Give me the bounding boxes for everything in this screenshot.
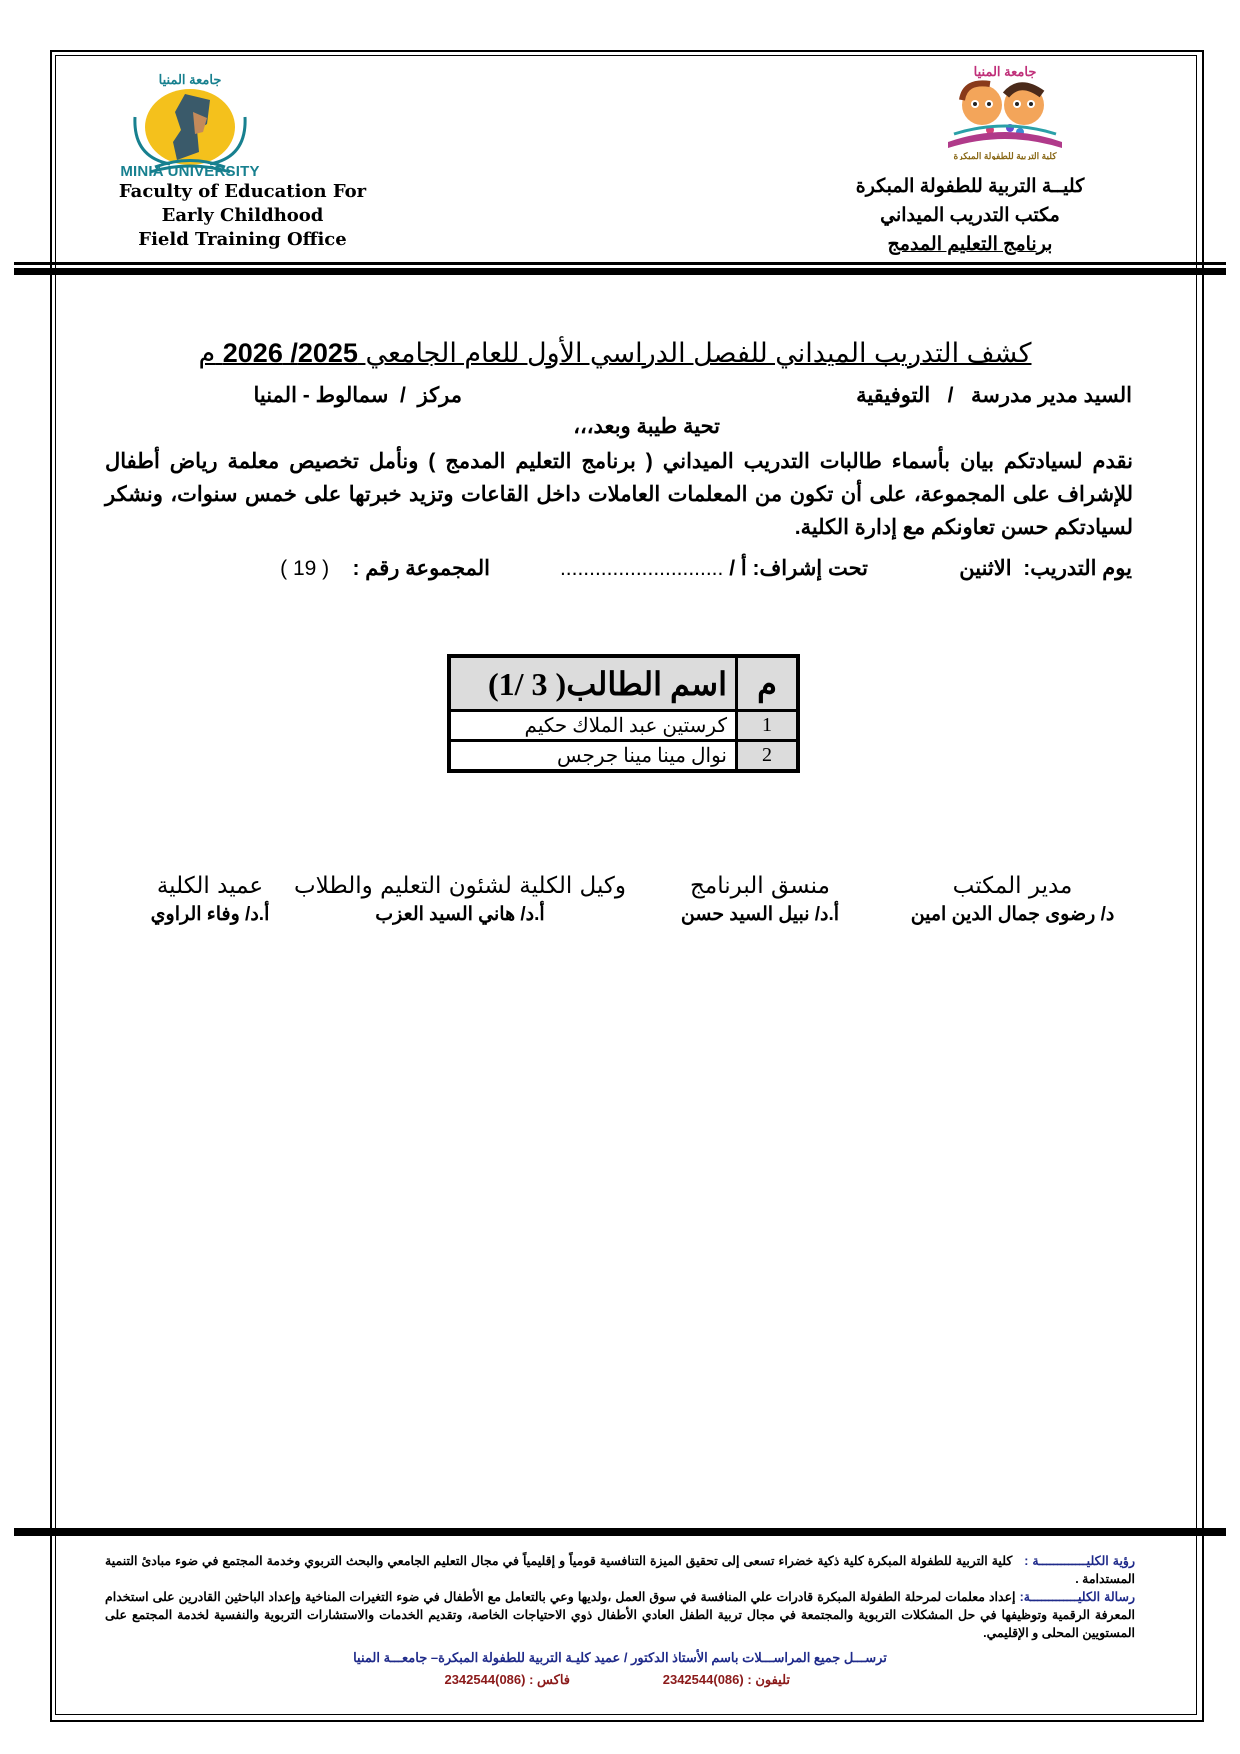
body-paragraph: نقدم لسيادتكم بيان بأسماء طالبات التدريب… (105, 445, 1133, 544)
signature-person: أ.د/ هاني السيد العزب (270, 903, 650, 926)
school-line: السيد مدير مدرسة / التوفيقية (856, 383, 1132, 408)
english-header-line: Early Childhood (100, 204, 385, 228)
fax-line: فاكس : (086)2342544 (444, 1672, 570, 1688)
vision-label: رؤية الكليـــــــــــــة : (1024, 1554, 1135, 1568)
table-row: 2 نوال مينا مينا جرجس (449, 741, 798, 772)
signature-person: أ.د/ وفاء الراوي (120, 903, 300, 926)
student-name: نوال مينا مينا جرجس (449, 741, 737, 772)
english-header-line: Faculty of Education For (100, 180, 385, 204)
document-title: كشف التدريب الميداني للفصل الدراسي الأول… (180, 338, 1050, 369)
training-day: يوم التدريب: الاثنين (959, 556, 1132, 581)
row-number: 2 (737, 741, 799, 772)
school-separator: / (948, 384, 954, 407)
correspondence-note: ترســـل جميع المراســـلات باسم الأستاذ ا… (335, 1650, 905, 1666)
arabic-header-line: مكتب التدريب الميداني (810, 201, 1130, 230)
training-day-label: يوم التدريب: (1023, 557, 1132, 580)
training-day-value: الاثنين (959, 557, 1011, 580)
svg-text:جامعة المنيا: جامعة المنيا (974, 64, 1037, 79)
signature-person: د/ رضوى جمال الدين امين (890, 903, 1135, 926)
signature-role: عميد الكلية (120, 873, 300, 899)
group-label: المجموعة رقم : (352, 557, 490, 580)
group-number: ( 19 ) (280, 557, 329, 580)
title-suffix: م (199, 338, 216, 368)
mission-text: إعداد معلمات لمرحلة الطفولة المبكرة قادر… (105, 1590, 1135, 1640)
english-header-line: Field Training Office (100, 228, 385, 252)
svg-text:كلية التربية للطفولة المبكرة: كلية التربية للطفولة المبكرة (954, 151, 1058, 160)
mission-label: رسالة الكليـــــــــــــة: (1020, 1590, 1135, 1604)
footer-divider (14, 1528, 1226, 1536)
header-divider-thin (14, 262, 1226, 265)
table-header-row: م اسم الطالب( 3 /1) (449, 656, 798, 711)
signature-program-coordinator: منسق البرنامج أ.د/ نبيل السيد حسن (660, 873, 860, 926)
footer-vision-mission: رؤية الكليـــــــــــــة : كلية التربية … (105, 1552, 1135, 1642)
minia-logo-arabic: جامعة المنيا (115, 72, 265, 88)
signature-role: منسق البرنامج (660, 873, 860, 899)
fax-label: فاكس : (529, 1672, 570, 1687)
arabic-header: كليــة التربية للطفولة المبكرة مكتب التد… (810, 172, 1130, 259)
signature-person: أ.د/ نبيل السيد حسن (660, 903, 860, 926)
header-divider-thick (14, 268, 1226, 275)
faculty-kids-logo: جامعة المنيا كلية التربية للطفولة المبكر… (920, 60, 1090, 160)
minia-logo-label: MINIA UNIVERSITY (110, 163, 270, 180)
title-text: كشف التدريب الميداني للفصل الدراسي الأول… (365, 338, 1031, 368)
school-name: التوفيقية (856, 384, 930, 407)
column-header-number: م (737, 656, 799, 711)
vision-block: رؤية الكليـــــــــــــة : كلية التربية … (105, 1552, 1135, 1588)
phone-number: (086)2342544 (663, 1672, 744, 1687)
student-name: كرستين عبد الملاك حكيم (449, 711, 737, 741)
students-table: م اسم الطالب( 3 /1) 1 كرستين عبد الملاك … (447, 654, 800, 773)
signature-dean: عميد الكلية أ.د/ وفاء الراوي (120, 873, 300, 926)
arabic-header-line: برنامج التعليم المدمج (810, 230, 1130, 259)
signature-office-director: مدير المكتب د/ رضوى جمال الدين امين (890, 873, 1135, 926)
center-line: مركز / سمالوط - المنيا (253, 383, 462, 408)
table-row: 1 كرستين عبد الملاك حكيم (449, 711, 798, 741)
mission-block: رسالة الكليـــــــــــــة: إعداد معلمات … (105, 1588, 1135, 1642)
column-header-name: اسم الطالب( 3 /1) (449, 656, 737, 711)
center-name: سمالوط - المنيا (253, 384, 388, 407)
group-line: المجموعة رقم : ( 19 ) (280, 556, 490, 581)
fax-number: (086)2342544 (444, 1672, 525, 1687)
supervisor-label: تحت إشراف: أ / (729, 557, 868, 580)
vision-text: كلية التربية للطفولة المبكرة كلية ذكية خ… (105, 1554, 1135, 1586)
phone-label: تليفون : (747, 1672, 790, 1687)
signature-vice-dean: وكيل الكلية لشئون التعليم والطلاب أ.د/ ه… (270, 873, 650, 926)
center-label: مركز (418, 384, 462, 407)
school-label: السيد مدير مدرسة (971, 384, 1132, 407)
row-number: 1 (737, 711, 799, 741)
signature-role: مدير المكتب (890, 873, 1135, 899)
arabic-header-line: كليــة التربية للطفولة المبكرة (810, 172, 1130, 201)
phone-line: تليفون : (086)2342544 (663, 1672, 790, 1688)
greeting: تحية طيبة وبعد،،، (573, 414, 720, 439)
english-header: Faculty of Education For Early Childhood… (100, 180, 385, 252)
supervisor-blank: ............................ (560, 557, 723, 580)
signature-role: وكيل الكلية لشئون التعليم والطلاب (270, 873, 650, 899)
supervisor-line: تحت إشراف: أ / .........................… (560, 556, 868, 581)
title-year: 2025/ 2026 (223, 338, 358, 368)
